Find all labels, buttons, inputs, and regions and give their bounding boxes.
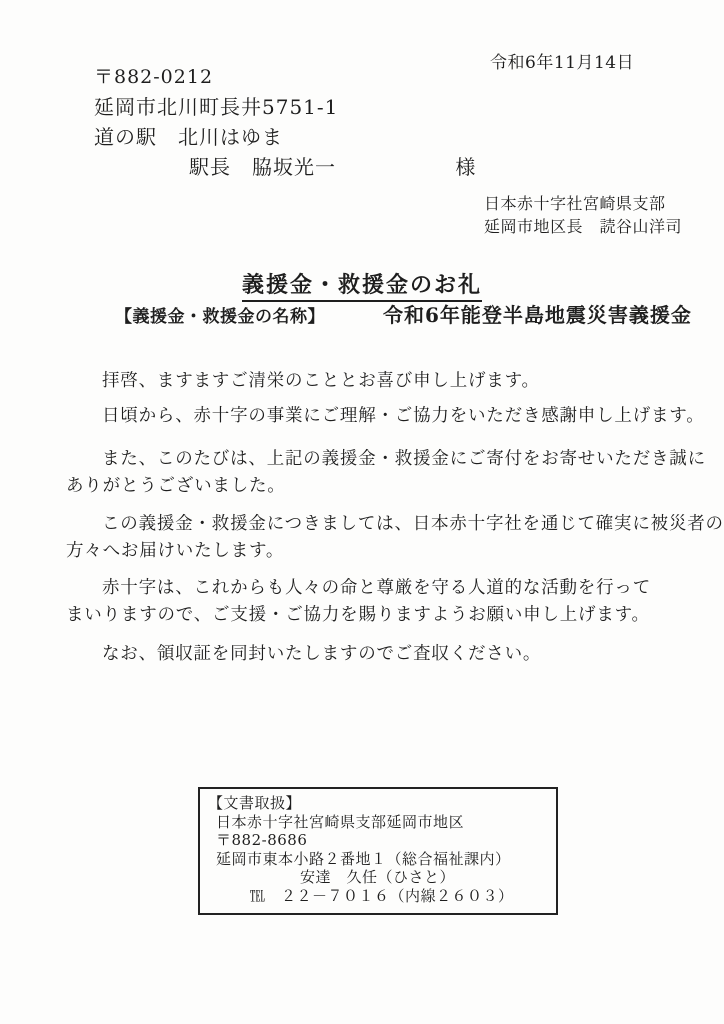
date-line: 令和6年11月14日: [490, 48, 634, 73]
paragraph-line: ありがとうございました。: [66, 473, 686, 500]
paragraph-line: この義援金・救援金につきましては、日本赤十字社を通じて確実に被災者の: [66, 511, 686, 538]
donation-name-value: 令和6年能登半島地震災害義援金: [383, 299, 692, 328]
contact-postal-code: 〒882-8686: [208, 831, 548, 850]
letter-title: 義援金・救援金のお礼: [0, 268, 724, 302]
paragraph: また、このたびは、上記の義援金・救援金にご寄付をお寄せいただき誠に ありがとうご…: [66, 446, 686, 499]
paragraph-line: 拝啓、ますますご清栄のこととお喜び申し上げます。: [66, 368, 686, 395]
letter-body: 拝啓、ますますご清栄のこととお喜び申し上げます。 日頃から、赤十字の事業にご理解…: [66, 368, 686, 668]
recipient-honorific: 様: [455, 155, 476, 179]
contact-address: 延岡市東本小路２番地１（総合福祉課内）: [208, 850, 548, 869]
paragraph: なお、領収証を同封いたしますのでご査収ください。: [66, 641, 686, 668]
recipient-person-line: 駅長 脇坂光一 様: [94, 152, 476, 182]
recipient-postal-code: 〒882-0212: [94, 62, 476, 92]
paragraph-line: まいりますので、ご支援・ご協力を賜りますようお願い申し上げます。: [66, 602, 686, 629]
recipient-block: 〒882-0212 延岡市北川町長井5751-1 道の駅 北川はゆま 駅長 脇坂…: [94, 62, 476, 182]
paragraph: この義援金・救援金につきましては、日本赤十字社を通じて確実に被災者の 方々へお届…: [66, 511, 686, 564]
paragraph-line: 赤十字は、これからも人々の命と尊厳を守る人道的な活動を行って: [66, 575, 686, 602]
sender-name: 延岡市地区長 読谷山洋司: [484, 215, 682, 238]
contact-telephone: ℡ ２２－７０１６（内線２６０３）: [208, 887, 548, 906]
paragraph-line: なお、領収証を同封いたしますのでご査収ください。: [66, 641, 686, 668]
paragraph: 日頃から、赤十字の事業にご理解・ご協力をいただき感謝申し上げます。: [66, 403, 686, 430]
contact-organization: 日本赤十字社宮崎県支部延岡市地区: [208, 813, 548, 832]
recipient-address: 延岡市北川町長井5751-1: [94, 92, 476, 122]
sender-block: 日本赤十字社宮崎県支部 延岡市地区長 読谷山洋司: [484, 192, 682, 238]
paragraph: 拝啓、ますますご清栄のこととお喜び申し上げます。: [66, 368, 686, 395]
donation-name-line: 【義援金・救援金の名称】 令和6年能登半島地震災害義援金: [115, 299, 692, 328]
recipient-person: 駅長 脇坂光一: [189, 155, 336, 179]
sender-organization: 日本赤十字社宮崎県支部: [484, 192, 682, 215]
paragraph-line: 日頃から、赤十字の事業にご理解・ご協力をいただき感謝申し上げます。: [66, 403, 686, 430]
contact-box: 【文書取扱】 日本赤十字社宮崎県支部延岡市地区 〒882-8686 延岡市東本小…: [198, 787, 558, 915]
contact-person: 安達 久任（ひさと）: [208, 868, 548, 887]
recipient-organization: 道の駅 北川はゆま: [94, 122, 476, 152]
letter-page: 令和6年11月14日 〒882-0212 延岡市北川町長井5751-1 道の駅 …: [0, 0, 724, 1024]
paragraph: 赤十字は、これからも人々の命と尊厳を守る人道的な活動を行って まいりますので、ご…: [66, 575, 686, 628]
paragraph-line: また、このたびは、上記の義援金・救援金にご寄付をお寄せいただき誠に: [66, 446, 686, 473]
donation-name-label: 【義援金・救援金の名称】: [115, 302, 325, 327]
contact-box-title: 【文書取扱】: [208, 794, 548, 813]
letter-title-text: 義援金・救援金のお礼: [242, 268, 482, 302]
paragraph-line: 方々へお届けいたします。: [66, 538, 686, 565]
